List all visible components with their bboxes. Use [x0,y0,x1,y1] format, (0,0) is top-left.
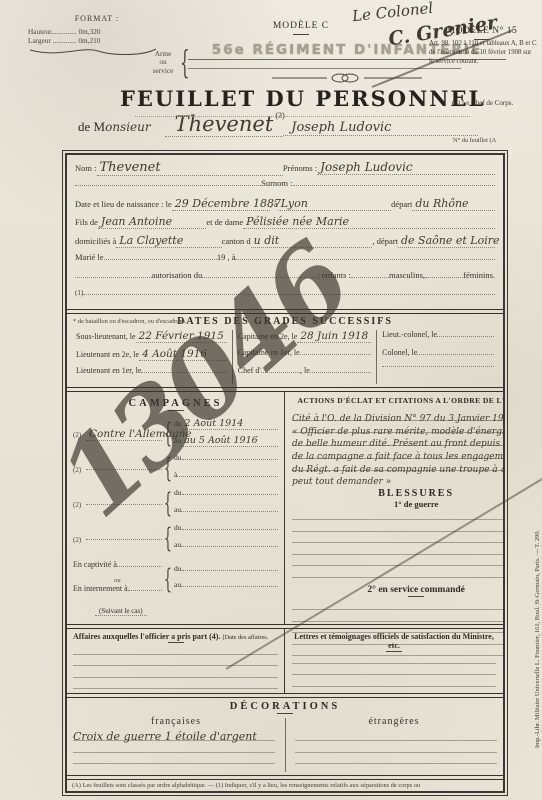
format-largeur: Largeur ............. 0m,210 [28,36,166,45]
prenoms-value: Joseph Ludovic [317,160,495,175]
format-flourish [28,46,158,58]
grades-note: * de bataillon ou d'escadron, ou d'escad… [73,318,187,325]
decorations-section: DÉCORATIONS françaises étrangères Croix … [67,698,503,775]
prenoms-label: Prénoms : [283,163,317,173]
affaires-date-note: [Date des affaires. [222,634,268,641]
modele-15: MODÈLE N° 15 [428,20,536,40]
grade-lieut-colonel: Lieut.-colonel, le [382,330,494,348]
format-hauteur: Hauteur.............. 0m,320 [28,27,166,36]
decorations-etrangeres-label: étrangères [285,716,503,727]
lettres-title: Lettres et témoignages officiels de sati… [292,632,496,650]
name-upper-rule [135,116,470,117]
arme-ou-service-label: Arme ou service [146,50,180,75]
bottom-footnote: (A) Les feuillets sont classés par ordre… [67,780,503,791]
de-label: de M [78,119,105,135]
suivant-le-cas: (Suivant le cas) [95,607,147,616]
fils-value: Jean Antoine [98,215,206,229]
hw-le-colonel: Le Colonel [351,0,434,25]
decorations-francaises-label: françaises [67,716,285,727]
scanned-personnel-sheet: FORMAT : Hauteur.............. 0m,320 La… [0,0,542,800]
ou-label: ou [73,577,162,584]
grade-colonel: Colonel, le [382,348,494,366]
actions-title: ACTIONS D'ÉCLAT ET CITATIONS A L'ORDRE D… [292,396,505,405]
affaires-title: Affaires auxquelles l'officier a pris pa… [73,632,220,641]
blessures-1-label: 1° de guerre [292,499,505,509]
naissance-dept: du Rhône [412,197,495,211]
domicile-value: La Clayette [116,234,221,248]
blessures-title: BLESSURES [292,488,505,499]
decorations-title: DÉCORATIONS [67,701,503,712]
domicile-dept: de Saône et Loire [398,234,495,248]
naissance-date: 29 Décembre 1887 [172,197,270,211]
modele-c: MODÈLE C [251,15,351,35]
naissance-label: Date et lieu de naissance : le [75,199,172,209]
format-title: FORMAT : [28,14,166,23]
decorations-francaises-value: Croix de guerre 1 étoile d'argent [73,730,257,743]
affaires-lettres-section: Affaires auxquelles l'officier a pris pa… [67,629,503,693]
decorations-divider [285,718,286,772]
actions-column: ACTIONS D'ÉCLAT ET CITATIONS A L'ORDRE D… [285,392,505,624]
hw-firstnames: Joseph Ludovic [283,120,478,136]
citation-text: Cité à l'O. de la Division N° 97 du 3 Ja… [292,408,505,483]
modele-c-dash [293,34,309,35]
captivite-block: En captivité à ou En internement à du au [73,560,278,600]
campaign-row: (2) du au [73,523,278,556]
nom-line: Nom : Thevenet Prénoms : Joseph Ludovic [75,160,495,178]
lettres-column: Lettres et témoignages officiels de sati… [285,629,503,693]
naissance-lieu: Lyon [278,197,391,211]
printer-imprint: Imp.-Libr. Militaire Universelle L. Four… [534,448,541,748]
nom-value: Thevenet [97,160,283,176]
naissance-line: Date et lieu de naissance : le 29 Décemb… [75,197,495,215]
feuillet-number-note: N° du feuillet (A [453,137,496,144]
affaires-column: Affaires auxquelles l'officier a pris pa… [67,629,285,693]
article-note: Art. 98, 102 à 110 et tableaux A, B et C… [429,40,537,66]
surnom-line: Surnom : [75,178,495,196]
blessures-2-label: 2° en service commandé [292,585,505,595]
hw-onsieur: onsieur [105,120,151,134]
surnom-label: Surnom : [261,178,292,188]
nom-label: Nom : [75,163,97,173]
